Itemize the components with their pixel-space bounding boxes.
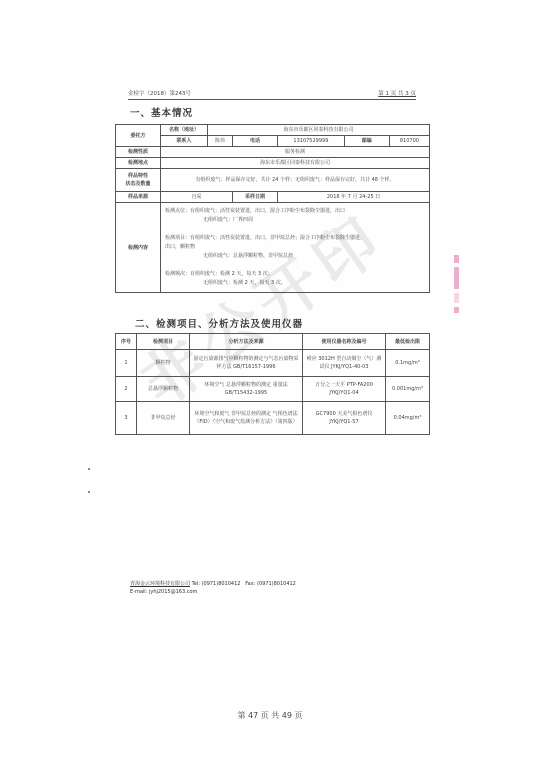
location-value: 海东市乐都区同泰科技有限公司	[161, 158, 430, 169]
content-line: 检测频次：有组织废气：检测 2 天，每天 3 次；	[165, 271, 273, 277]
name-value: 海东市乐都区同泰科技有限公司	[208, 125, 430, 136]
row-limit: 0.1mg/m³	[386, 350, 430, 377]
fax-label: Fax:	[245, 581, 255, 587]
company-footer: 青海金云环境科技有限公司 Tel: (0971)8010412 Fax: (09…	[130, 580, 296, 596]
content-line: 无组织废气：厂界四周	[165, 216, 425, 225]
sampling-date-value: 2018 年 7 月 24-25 日	[278, 192, 430, 203]
doc-number: 金检字（2018）第243号	[128, 89, 191, 97]
row-limit: 0.001mg/m³	[386, 377, 430, 402]
scan-speck	[88, 468, 90, 470]
scan-speck	[88, 491, 90, 493]
row-method: 环境空气 总悬浮颗粒物的测定 重量法 GB/T15432-1995	[190, 377, 303, 402]
nature-value: 服务检测	[161, 147, 430, 158]
email-label: E-mail:	[130, 589, 147, 595]
row-method: 环境空气和废气 非甲烷总烃的测定 气相色谱法（FID）《空气和废气监测分析方法》…	[190, 402, 303, 435]
postcode-value: 810700	[389, 136, 429, 147]
nature-label: 检测性质	[116, 147, 161, 158]
row-method: 固定污染源排气中颗粒物的测定与气态污染物采样方法 GB/T16157-1996	[190, 350, 303, 377]
client-label: 委托方	[116, 125, 161, 147]
methods-table: 序号 检测项目 分析方法及来源 使用仪器名称及编号 最低检出限 1 颗粒物 固定…	[115, 333, 430, 435]
company-name: 青海金云环境科技有限公司	[130, 581, 190, 587]
tel-value: (0971)8010412	[202, 581, 241, 587]
col-header: 最低检出限	[386, 334, 430, 350]
row-instrument: 崂应 3012H 型自动烟尘（气）测试仪 JYKJ/YQ1-40-03	[303, 350, 386, 377]
contact-value: 陈伟	[208, 136, 233, 147]
page-header: 金检字（2018）第243号 第 1 页 共 3 页	[128, 87, 416, 100]
row-instrument: GC7900 天美气相色谱仪 JYKJ/YQ1-57	[303, 402, 386, 435]
content-label: 检测内容	[116, 203, 161, 293]
row-item: 颗粒物	[137, 350, 190, 377]
col-header: 序号	[116, 334, 137, 350]
location-label: 检测地点	[116, 158, 161, 169]
sample-label-line1: 样品特性	[128, 173, 148, 179]
table-row: 2 总悬浮颗粒物 环境空气 总悬浮颗粒物的测定 重量法 GB/T15432-19…	[116, 377, 430, 402]
sample-label-line2: 状态及数量	[125, 181, 150, 187]
phone-value: 13107529999	[278, 136, 345, 147]
col-header: 分析方法及来源	[190, 334, 303, 350]
content-line: 无组织废气：总悬浮颗粒物、非甲烷总烃	[165, 252, 425, 261]
row-instrument: 万分之一天平 PTP-FA200 JYKJ/YQ1-04	[303, 377, 386, 402]
col-header: 使用仪器名称及编号	[303, 334, 386, 350]
sample-value: 有组织废气：样品保存完好，共计 24 个样；无组织废气：样品保存完好，共计 48…	[161, 169, 430, 192]
row-no: 1	[116, 350, 137, 377]
sampling-date-label: 采样日期	[233, 192, 278, 203]
row-item: 非甲烷总烃	[137, 402, 190, 435]
source-value: 自采	[161, 192, 233, 203]
section1-title: 一、基本情况	[130, 105, 193, 119]
source-label: 样品来源	[116, 192, 161, 203]
phone-label: 电话	[233, 136, 278, 147]
table-header-row: 序号 检测项目 分析方法及来源 使用仪器名称及编号 最低检出限	[116, 334, 430, 350]
row-item: 总悬浮颗粒物	[137, 377, 190, 402]
row-no: 3	[116, 402, 137, 435]
content-line: 无组织废气：检测 2 天，每天 3 次。	[165, 279, 425, 288]
sample-label: 样品特性 状态及数量	[116, 169, 161, 192]
email-value: jyhj2015@163.com	[149, 589, 197, 595]
col-header: 检测项目	[137, 334, 190, 350]
page-number: 第 47 页 共 49 页	[0, 710, 540, 721]
document-page: 非公开印 金检字（2018）第243号 第 1 页 共 3 页 一、基本情况 委…	[0, 0, 540, 763]
table-row: 3 非甲烷总烃 环境空气和废气 非甲烷总烃的测定 气相色谱法（FID）《空气和废…	[116, 402, 430, 435]
content-line: 检测点位：有组织废气：活性炭装置进、出口，混合工序粉尘布袋除尘器进、出口	[165, 208, 345, 214]
content-line: 出口，颗粒物	[165, 244, 195, 250]
table-row: 1 颗粒物 固定污染源排气中颗粒物的测定与气态污染物采样方法 GB/T16157…	[116, 350, 430, 377]
tel-label: Tel:	[192, 581, 200, 587]
header-page-of: 第 1 页 共 3 页	[378, 89, 416, 97]
postcode-label: 邮编	[344, 136, 389, 147]
fax-value: (0971)8010412	[257, 581, 296, 587]
content-value: 检测点位：有组织废气：活性炭装置进、出口，混合工序粉尘布袋除尘器进、出口 无组织…	[161, 203, 430, 293]
row-limit: 0.04mg/m³	[386, 402, 430, 435]
contact-label: 联系人	[161, 136, 208, 147]
name-label: 名称（地址）	[161, 125, 208, 136]
seal-stamp-fragment	[450, 255, 462, 325]
content-line: 检测项目：有组织废气：活性炭装置进、出口，非甲烷总烃；混合工序粉尘布袋除尘器进、	[165, 235, 365, 241]
section2-title: 二、检测项目、分析方法及使用仪器	[135, 316, 303, 330]
row-no: 2	[116, 377, 137, 402]
basic-info-table: 委托方 名称（地址） 海东市乐都区同泰科技有限公司 联系人 陈伟 电话 1310…	[115, 124, 430, 293]
